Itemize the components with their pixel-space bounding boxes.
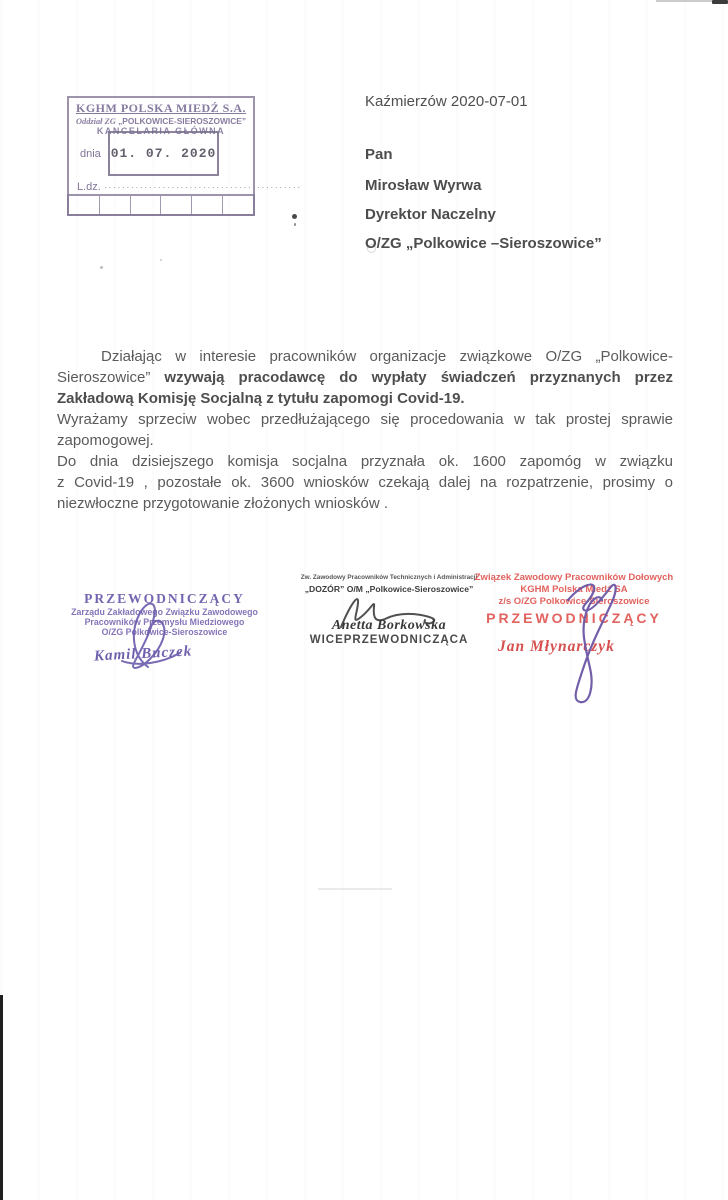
stamp-grid-cell bbox=[69, 196, 99, 214]
signature-block-left: PRZEWODNICZĄCY Zarządu Zakładowego Związ… bbox=[62, 591, 267, 637]
scan-edge-line bbox=[0, 995, 3, 1200]
body-text-normal: Do dnia dzisiejszego komisja socjalna pr… bbox=[57, 453, 673, 470]
stamp-grid-cell bbox=[222, 196, 253, 214]
stamp-company-name: KGHM POLSKA MIEDŹ S.A. bbox=[69, 101, 253, 116]
stamp-ref-dotted-line: ········································… bbox=[104, 182, 302, 192]
body-text-normal: niezwłoczne przygotowanie złożonych wnio… bbox=[57, 495, 388, 512]
stamp-grid-cell bbox=[99, 196, 130, 214]
place-and-date: Kaźmierzów 2020-07-01 bbox=[365, 93, 528, 110]
body-text-normal: Wyrażamy sprzeciw wobec przedłużającego … bbox=[57, 411, 673, 428]
stamp-grid-row bbox=[67, 194, 255, 216]
stamp-division-line: Oddział ZG „POLKOWICE-SIEROSZOWICE” bbox=[69, 116, 253, 126]
stamp-grid-cell bbox=[130, 196, 161, 214]
stamp-division-name: „POLKOWICE-SIEROSZOWICE” bbox=[118, 116, 246, 126]
body-line: zapomogowej. bbox=[57, 430, 673, 451]
body-line: Wyrażamy sprzeciw wobec przedłużającego … bbox=[57, 409, 673, 430]
addressee-name: Mirosław Wyrwa bbox=[365, 177, 481, 194]
ink-speck bbox=[100, 266, 103, 269]
body-text-normal: Działając w interesie pracowników organi… bbox=[101, 348, 673, 365]
stamp-grid-cell bbox=[191, 196, 222, 214]
body-text-normal: z Covid-19 , pozostałe ok. 3600 wniosków… bbox=[57, 474, 673, 491]
addressee-salutation: Pan bbox=[365, 146, 393, 163]
signature-block-right: Związek Zawodowy Pracowników Dołowych KG… bbox=[470, 572, 678, 626]
registry-stamp: KGHM POLSKA MIEDŹ S.A. Oddział ZG „POLKO… bbox=[67, 96, 255, 216]
signature-middle-org-line: Zw. Zawodowy Pracowników Technicznych i … bbox=[293, 574, 485, 581]
stamp-division-prefix: Oddział ZG bbox=[76, 117, 116, 126]
stamp-ref-label: L.dz. bbox=[77, 181, 101, 193]
body-text-normal: zapomogowej. bbox=[57, 432, 154, 449]
signature-middle-name: Anetta Borkowska bbox=[293, 618, 485, 634]
scan-edge-mark bbox=[656, 0, 712, 2]
ink-speck bbox=[160, 259, 162, 261]
body-text-normal: Sieroszowice” bbox=[57, 369, 164, 386]
letter-body: Działając w interesie pracowników organi… bbox=[57, 346, 673, 514]
body-line: Zakładową Komisję Socjalną z tytułu zapo… bbox=[57, 388, 673, 409]
body-line: Działając w interesie pracowników organi… bbox=[57, 346, 673, 367]
scanned-letter-page: KGHM POLSKA MIEDŹ S.A. Oddział ZG „POLKO… bbox=[0, 0, 728, 1200]
addressee-organization: O/ZG „Polkowice –Sieroszowice” bbox=[365, 235, 602, 252]
body-line: niezwłoczne przygotowanie złożonych wnio… bbox=[57, 493, 673, 514]
handwritten-signature-right bbox=[538, 578, 645, 705]
body-line: z Covid-19 , pozostałe ok. 3600 wniosków… bbox=[57, 472, 673, 493]
scan-edge-mark bbox=[712, 0, 728, 4]
scan-scratch bbox=[318, 888, 392, 890]
addressee-position: Dyrektor Naczelny bbox=[365, 206, 496, 223]
stamp-date-box: 01. 07. 2020 bbox=[108, 131, 219, 176]
stamp-date-label: dnia bbox=[80, 148, 101, 160]
stamp-grid-cell bbox=[160, 196, 191, 214]
ink-speck bbox=[292, 214, 297, 219]
stamp-ref-number-line: L.dz. ··································… bbox=[77, 181, 302, 193]
stamp-date-value: 01. 07. 2020 bbox=[111, 146, 217, 161]
body-line: Sieroszowice” wzywają pracodawcę do wypł… bbox=[57, 367, 673, 388]
ink-speck bbox=[294, 223, 296, 226]
body-line: Do dnia dzisiejszego komisja socjalna pr… bbox=[57, 451, 673, 472]
signature-middle-title: WICEPRZEWODNICZĄCA bbox=[293, 634, 485, 646]
signature-block-middle: Zw. Zawodowy Pracowników Technicznych i … bbox=[293, 574, 485, 594]
body-text-bold: wzywają pracodawcę do wypłaty świadczeń … bbox=[164, 369, 673, 386]
body-text-bold: Zakładową Komisję Socjalną z tytułu zapo… bbox=[57, 390, 465, 407]
